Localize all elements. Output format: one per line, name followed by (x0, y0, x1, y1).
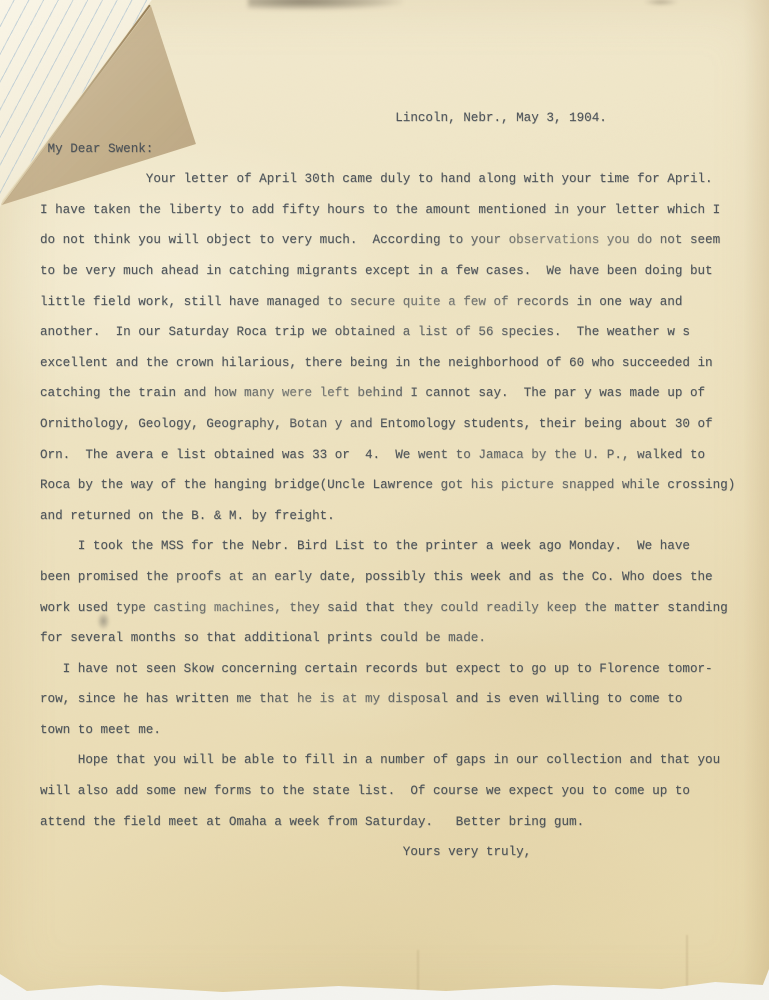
paper-crease-mark (686, 935, 688, 995)
ink-smudge-top (248, 0, 403, 10)
right-edge-shading (743, 0, 769, 1000)
letter-body-text: Lincoln, Nebr., May 3, 1904. My Dear Swe… (40, 103, 735, 868)
ink-smudge-top-small (643, 0, 679, 6)
letter-page: Lincoln, Nebr., May 3, 1904. My Dear Swe… (0, 0, 769, 1000)
scanned-letter: Lincoln, Nebr., May 3, 1904. My Dear Swe… (0, 0, 769, 1000)
paper-crease-mark (417, 950, 419, 995)
